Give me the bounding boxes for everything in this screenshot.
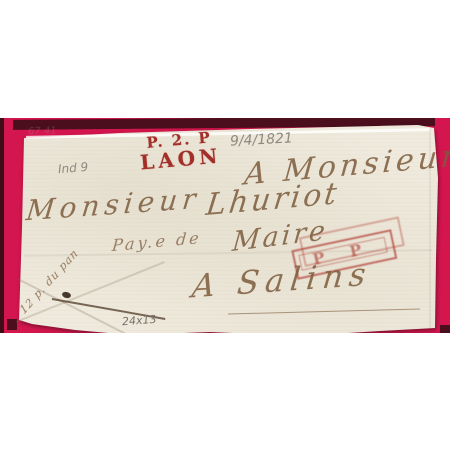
pencil-faint-annotation: 67 41 [28, 126, 57, 138]
product-photo-canvas: P P P. 2. P LAON A Monsieur Monsieur Lhu… [0, 0, 450, 450]
linear-p2p-laon-postmark: P. 2. P LAON [130, 127, 229, 174]
cover-photo: P P P. 2. P LAON A Monsieur Monsieur Lhu… [0, 118, 450, 333]
pencil-date-annotation: 9/4/1821 [230, 130, 294, 149]
pencil-size-annotation: 24x13 [122, 313, 157, 328]
pencil-index-annotation: Ind 9 [57, 160, 88, 177]
